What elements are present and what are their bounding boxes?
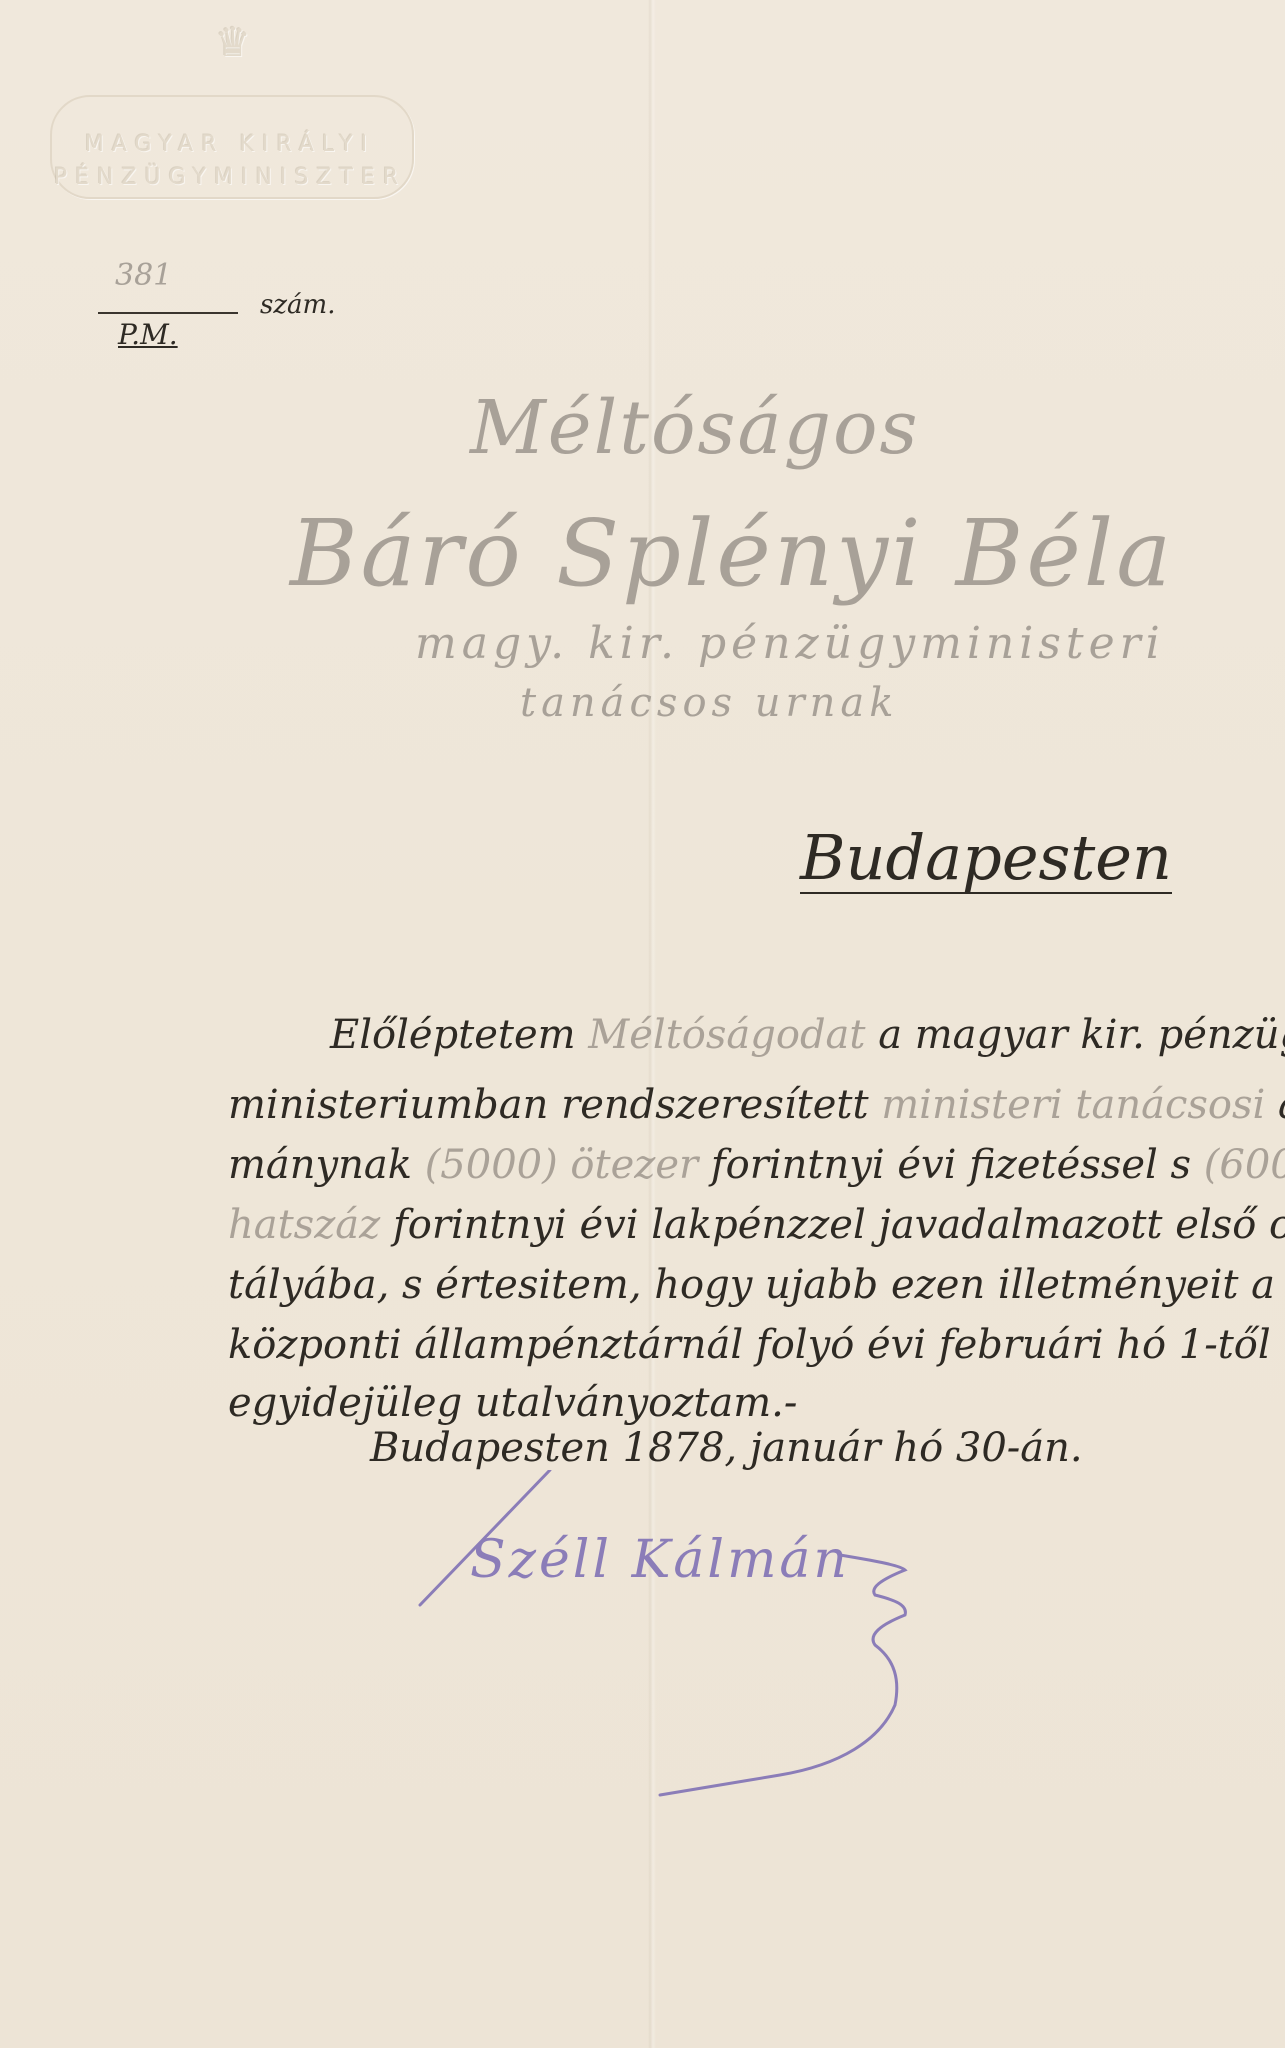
pencil-fill-in: Méltóságodat bbox=[588, 1012, 865, 1058]
signature: Széll Kálmán bbox=[470, 1530, 850, 1590]
body-line-7: egyidejüleg utalványoztam.- bbox=[228, 1383, 797, 1423]
letterhead-line1: MAGYAR KIRÁLYI bbox=[30, 132, 430, 157]
body-text: forintnyi évi fizetéssel s bbox=[711, 1142, 1191, 1188]
file-number: 381 bbox=[115, 258, 172, 293]
salutation-title-line2: tanácsos urnak bbox=[520, 680, 899, 726]
body-line-3: mánynak (5000) ötezer forintnyi évi fize… bbox=[228, 1145, 1285, 1185]
body-line-6: központi állampénztárnál folyó évi febru… bbox=[228, 1325, 1285, 1365]
file-number-suffix: szám. bbox=[260, 290, 335, 320]
body-text: állo- bbox=[1278, 1082, 1285, 1128]
pencil-fill-in: (600) bbox=[1204, 1142, 1285, 1188]
signature-flourish-icon bbox=[400, 1470, 1100, 1830]
body-line-1: Előléptetem Méltóságodat a magyar kir. p… bbox=[330, 1015, 1285, 1055]
body-text: forintnyi évi lakpénzzel javadalmazott e… bbox=[393, 1202, 1285, 1248]
body-line-2: ministeriumban rendszeresített ministeri… bbox=[228, 1085, 1285, 1125]
salutation-name: Báró Splényi Béla bbox=[290, 500, 1174, 607]
salutation-title-line1: magy. kir. pénzügyministeri bbox=[415, 618, 1165, 669]
pencil-fill-in: ministeri tanácsosi bbox=[881, 1082, 1265, 1128]
salutation-honorific: Méltóságos bbox=[470, 385, 920, 471]
date-line: Budapesten 1878, január hó 30-án. bbox=[370, 1425, 1083, 1471]
body-text: Előléptetem bbox=[330, 1012, 576, 1058]
file-number-divider bbox=[98, 312, 238, 314]
crown-icon: ♛ bbox=[215, 20, 251, 66]
address-place: Budapesten bbox=[800, 825, 1172, 894]
letterhead-line2: PÉNZÜGYMINISZTER bbox=[30, 165, 430, 190]
body-text: ministeriumban rendszeresített bbox=[228, 1082, 869, 1128]
pencil-fill-in: (5000) ötezer bbox=[425, 1142, 698, 1188]
body-text: a magyar kir. pénzügy- bbox=[878, 1012, 1285, 1058]
body-line-4: hatszáz forintnyi évi lakpénzzel javadal… bbox=[228, 1205, 1285, 1245]
body-text: mánynak bbox=[228, 1142, 412, 1188]
file-department: P.M. bbox=[118, 318, 178, 351]
pencil-fill-in: hatszáz bbox=[228, 1202, 380, 1248]
body-line-5: tályába, s értesitem, hogy ujabb ezen il… bbox=[228, 1265, 1285, 1305]
embossed-letterhead: ♛ MAGYAR KIRÁLYI PÉNZÜGYMINISZTER bbox=[30, 20, 430, 210]
